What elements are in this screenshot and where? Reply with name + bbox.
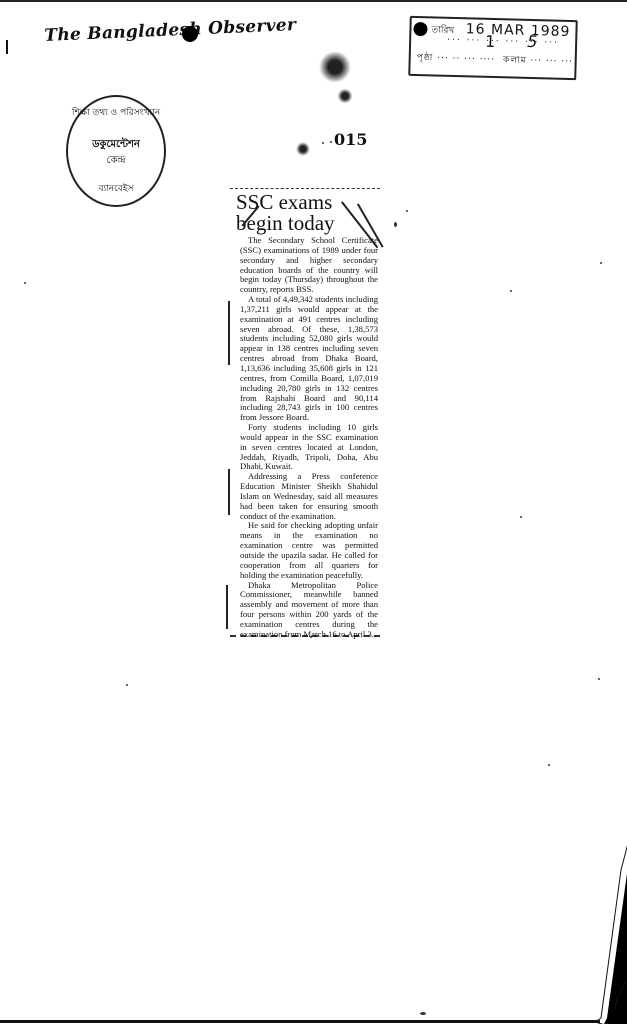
seal-center-text: ডকুমেন্টেশন <box>68 137 164 154</box>
article-paragraph: Forty students including 10 girls would … <box>240 423 378 472</box>
seal-top-text: শিক্ষা তথ্য ও পরিসংখ্যান <box>68 105 164 120</box>
speck <box>406 210 408 212</box>
page-number-mark: 015 <box>334 130 367 149</box>
article-paragraph: The Secondary School Certificate (SSC) e… <box>240 236 378 295</box>
seal-bottom-text: ব্যানবেইস <box>68 181 164 196</box>
speck <box>548 764 550 766</box>
page-curl-corner <box>585 830 627 1024</box>
hole-punch-mark <box>413 22 427 36</box>
speck <box>520 516 522 518</box>
speck <box>24 282 26 284</box>
speck <box>598 678 600 680</box>
ink-smudge <box>338 88 352 104</box>
news-clipping: SSC exams begin today The Secondary Scho… <box>230 188 380 637</box>
page-label: পৃষ্ঠা <box>417 53 434 63</box>
speck <box>126 684 128 686</box>
ink-dot <box>330 141 332 143</box>
article-paragraph: A total of 4,49,342 students including 1… <box>240 295 378 423</box>
article-body: The Secondary School Certificate (SSC) e… <box>230 234 380 640</box>
date-stamp: তারিখ 16 MAR 1989 ... ... ... ... ... ..… <box>408 16 578 80</box>
speck <box>600 262 602 264</box>
article-paragraph: He said for checking adopting unfair mea… <box>240 521 378 580</box>
newspaper-masthead: The Bangladesh Observer <box>44 15 297 46</box>
scan-bottom-edge <box>0 1020 600 1023</box>
margin-bar <box>228 469 230 515</box>
margin-mark <box>6 40 8 54</box>
margin-bar <box>228 301 230 365</box>
handwritten-page-number: 1 <box>485 32 496 51</box>
speck <box>310 636 312 638</box>
speck <box>510 290 512 292</box>
handwritten-column-number: 5 <box>527 32 538 51</box>
seal-center-text-2: কেন্দ্র <box>68 153 164 170</box>
ink-smudge <box>296 142 310 156</box>
article-paragraph: Dhaka Metropolitan Police Commissioner, … <box>240 581 378 640</box>
hole-punch-mark <box>182 26 198 42</box>
ink-dot <box>322 142 324 144</box>
ink-smudge <box>318 52 352 82</box>
page-column-row: পৃষ্ঠা ··· ·· ··· ···· কলাম ··· ··· ··· <box>417 50 574 69</box>
column-label: কলাম <box>503 55 527 66</box>
scan-top-edge <box>0 0 627 2</box>
margin-bar <box>226 585 228 629</box>
dotted-line: ... ... ... ... ... ... <box>447 33 559 46</box>
documentation-centre-seal: শিক্ষা তথ্য ও পরিসংখ্যান ডকুমেন্টেশন কেন… <box>66 95 166 207</box>
article-paragraph: Addressing a Press conference Education … <box>240 472 378 521</box>
speck <box>420 1012 426 1015</box>
speck <box>394 222 397 227</box>
